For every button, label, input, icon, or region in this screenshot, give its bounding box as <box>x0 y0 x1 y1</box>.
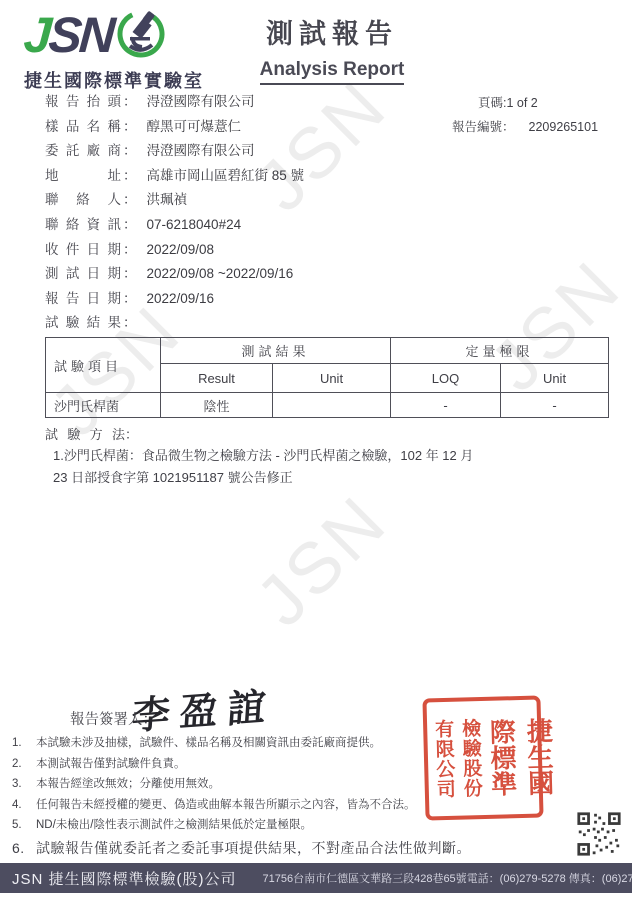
footer-address: 71756台南市仁德區文華路三段428巷65號 <box>263 870 467 886</box>
report-fields: 報告抬頭：淂澄國際有限公司 樣品名稱：醇黑可可爆薏仁 委託廠商：淂澄國際有限公司… <box>45 90 445 336</box>
stamp-column: 捷生國 <box>520 702 560 811</box>
field-sample-name: 樣品名稱：醇黑可可爆薏仁 <box>45 115 445 140</box>
field-client: 委託廠商：淂澄國際有限公司 <box>45 139 445 164</box>
field-value: 淂澄國際有限公司 <box>147 143 255 158</box>
field-label: 試驗結果 <box>45 311 121 336</box>
jsn-logo-letters: JSN <box>22 9 114 61</box>
field-colon: ： <box>123 168 137 183</box>
table-header-loq-group: 定量極限 <box>391 338 609 364</box>
field-value: 2022/09/16 <box>147 291 215 306</box>
field-label: 聯絡資訊 <box>45 213 121 238</box>
field-label: 委託廠商 <box>45 139 121 164</box>
field-colon: ： <box>125 427 138 442</box>
qr-code-icon <box>576 811 622 857</box>
footer-company: JSN 捷生國際標準檢驗(股)公司 <box>12 868 237 889</box>
company-seal-stamp: 捷生國 際標準 檢驗股份 有限公司 <box>422 695 543 820</box>
note-number: 6. <box>12 839 25 857</box>
field-address: 地址：高雄市岡山區碧紅街 85 號 <box>45 164 445 189</box>
test-method-text: 1.沙門氏桿菌：食品微生物之檢驗方法 - 沙門氏桿菌之檢驗，102 年 12 月… <box>53 445 490 489</box>
jsn-logo: JSN 捷生國際標準實驗室 <box>24 8 204 93</box>
jsn-watermark: JSN <box>241 480 404 643</box>
table-subheader-unit: Unit <box>273 364 391 393</box>
note-item: 5. ND/未檢出/陰性表示測試件之檢測結果低於定量極限。 <box>12 818 564 833</box>
table-header-item: 試驗項目 <box>46 338 161 393</box>
stamp-column: 檢驗股份 <box>456 704 486 813</box>
note-text: 任何報告未經授權的變更、偽造或曲解本報告所顯示之內容，皆為不合法。 <box>36 799 416 811</box>
field-contact-person: 聯絡人：洪珮禎 <box>45 188 445 213</box>
note-number: 5. <box>12 818 22 833</box>
footer-bar: JSN 捷生國際標準檢驗(股)公司 71756台南市仁德區文華路三段428巷65… <box>0 863 632 893</box>
cell-loq: - <box>391 393 501 418</box>
table-subheader-result: Result <box>161 364 273 393</box>
field-colon: ： <box>123 242 137 257</box>
cell-test-item: 沙門氏桿菌 <box>46 393 161 418</box>
note-number: 3. <box>12 777 22 792</box>
report-number-value: 2209265101 <box>529 120 599 134</box>
field-label: 報告日期 <box>45 287 121 312</box>
field-value: 洪珮禎 <box>147 192 188 207</box>
field-contact-info: 聯絡資訊：07-6218040#24 <box>45 213 445 238</box>
field-value: 醇黑可可爆薏仁 <box>147 119 242 134</box>
table-row: 沙門氏桿菌 陰性 - - <box>46 393 609 418</box>
field-colon: ： <box>123 192 137 207</box>
field-value: 高雄市岡山區碧紅街 85 號 <box>147 168 305 183</box>
results-table: 試驗項目 測試結果 定量極限 Result Unit LOQ Unit 沙門氏桿… <box>45 337 609 418</box>
field-value: 淂澄國際有限公司 <box>147 94 255 109</box>
microscope-icon <box>116 8 166 63</box>
field-value: 2022/09/08 <box>147 242 215 257</box>
field-report-header: 報告抬頭：淂澄國際有限公司 <box>45 90 445 115</box>
note-item: 6. 試驗報告僅就委託者之委託事項提供結果，不對產品合法性做判斷。 <box>12 839 564 857</box>
field-colon: ： <box>123 217 137 232</box>
field-label: 收件日期 <box>45 238 121 263</box>
field-label: 聯絡人 <box>45 188 121 213</box>
report-title-block: 測試報告 Analysis Report <box>232 12 432 85</box>
note-number: 4. <box>12 798 22 813</box>
report-number-row: 報告編號：2209265101 <box>452 117 598 135</box>
field-colon: ： <box>123 266 137 281</box>
report-page: JSN JSN JSN JSN JSN 捷生國際標準實驗室 測試報告 Analy… <box>0 0 632 898</box>
field-report-date: 報告日期：2022/09/16 <box>45 287 445 312</box>
report-number-label: 報告編號： <box>452 120 515 134</box>
logo-letter-s: S <box>47 7 81 63</box>
note-number: 2. <box>12 757 22 772</box>
logo-letter-n: N <box>77 7 114 63</box>
note-text: 本報告經塗改無效；分離使用無效。 <box>36 778 220 790</box>
table-header-result-group: 測試結果 <box>161 338 391 364</box>
note-text: 本測試報告僅對試驗件負責。 <box>36 758 186 770</box>
field-label: 地址 <box>45 164 121 189</box>
field-colon: ： <box>123 315 137 330</box>
stamp-column: 有限公司 <box>429 705 459 814</box>
note-number: 1. <box>12 736 22 751</box>
field-test-result: 試驗結果： <box>45 311 445 336</box>
field-colon: ： <box>123 143 137 158</box>
cell-result: 陰性 <box>161 393 273 418</box>
field-colon: ： <box>123 94 137 109</box>
field-value: 07-6218040#24 <box>147 217 242 232</box>
footer-contact: 電話：(06)279-5278 傳真：(06)279-5378 <box>467 870 632 886</box>
test-method-label: 試驗方法 <box>45 424 125 445</box>
field-test-date: 測試日期：2022/09/08 ~2022/09/16 <box>45 262 445 287</box>
note-text: 本試驗未涉及抽樣，試驗件、樣品名稱及相關資訊由委託廠商提供。 <box>36 737 381 749</box>
field-value: 2022/09/08 ~2022/09/16 <box>147 266 294 281</box>
test-method-row: 試驗方法： 1.沙門氏桿菌：食品微生物之檢驗方法 - 沙門氏桿菌之檢驗，102 … <box>45 424 585 489</box>
report-title: 測試報告 <box>232 12 432 51</box>
cell-unit <box>273 393 391 418</box>
field-label: 報告抬頭 <box>45 90 121 115</box>
table-subheader-loq-unit: Unit <box>501 364 609 393</box>
signer-label: 報告簽署人： <box>70 708 157 729</box>
field-receive-date: 收件日期：2022/09/08 <box>45 238 445 263</box>
page-number: 頁碼:1 of 2 <box>478 93 538 111</box>
note-text: 試驗報告僅就委託者之委託事項提供結果，不對產品合法性做判斷。 <box>36 840 471 856</box>
field-colon: ： <box>123 119 137 134</box>
field-colon: ： <box>123 291 137 306</box>
note-text: ND/未檢出/陰性表示測試件之檢測結果低於定量極限。 <box>36 819 312 831</box>
table-subheader-loq: LOQ <box>391 364 501 393</box>
cell-loq-unit: - <box>501 393 609 418</box>
field-label: 測試日期 <box>45 262 121 287</box>
report-subtitle: Analysis Report <box>260 59 405 85</box>
field-label: 樣品名稱 <box>45 115 121 140</box>
stamp-column: 際標準 <box>483 703 523 812</box>
